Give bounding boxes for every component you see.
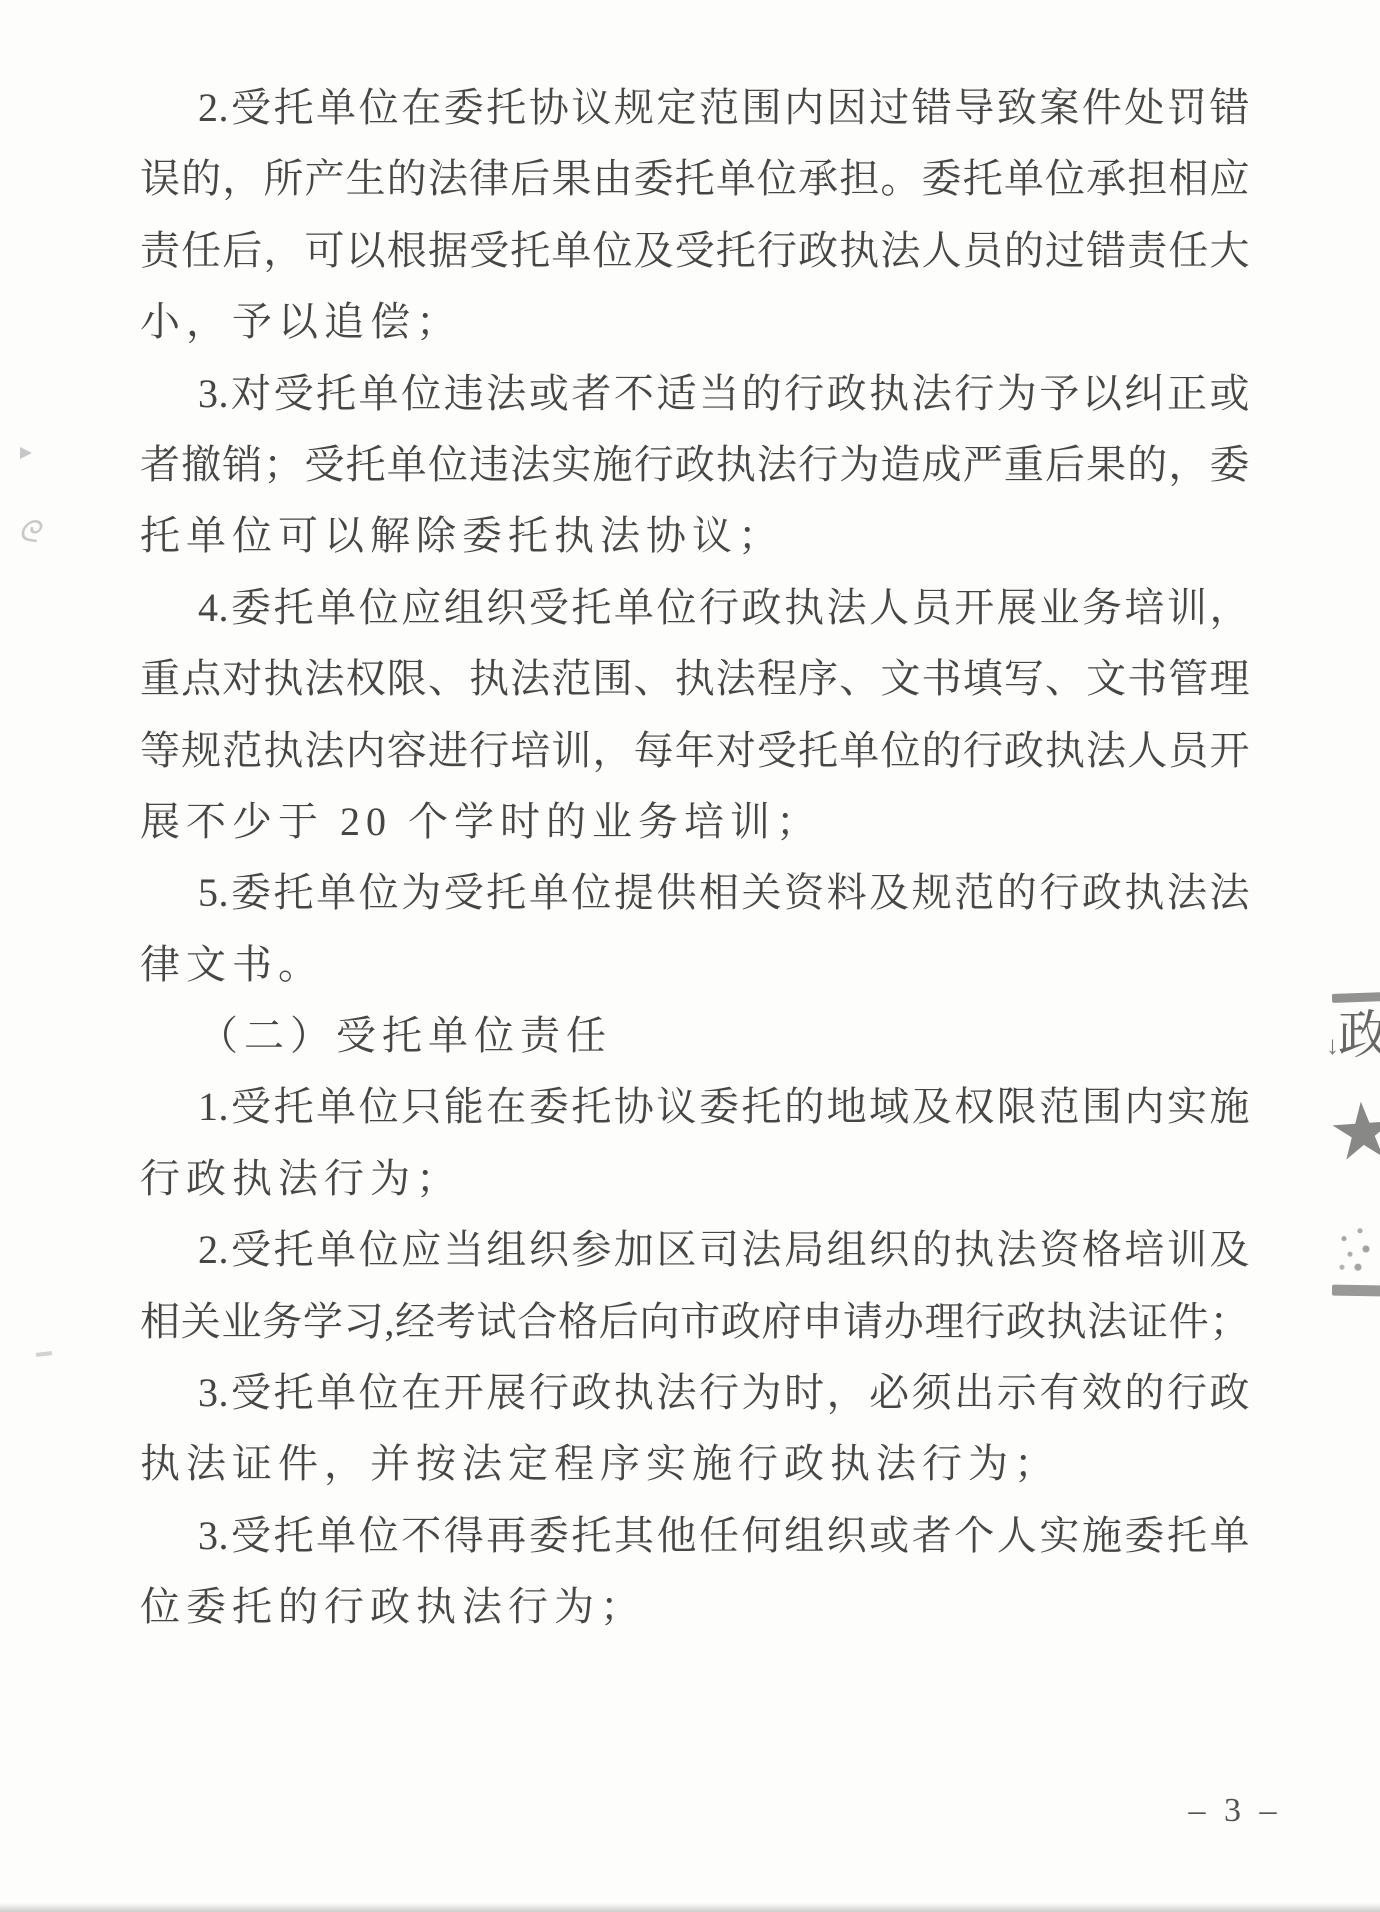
text-line: 3.受托单位不得再委托其他任何组织或者个人实施委托单 — [140, 1500, 1250, 1571]
text-line: 展不少于 20 个学时的业务培训； — [140, 786, 1250, 857]
section-heading: （二）受托单位责任 — [140, 1000, 1250, 1071]
text-line: 小，予以追偿； — [140, 286, 1250, 357]
scan-artifact-squiggle: ᘓ — [16, 514, 42, 551]
document-body: 2.受托单位在委托协议规定范围内因过错导致案件处罚错 误的，所产生的法律后果由委… — [140, 72, 1250, 1643]
text-line: 3.对受托单位违法或者不适当的行政执法行为予以纠正或 — [140, 358, 1250, 429]
text-line: 2.受托单位在委托协议规定范围内因过错导致案件处罚错 — [140, 72, 1250, 143]
text-line: 执法证件，并按法定程序实施行政执法行为； — [140, 1428, 1250, 1499]
stamp-fragment: ↓ 政 ★ — [1326, 985, 1380, 1305]
text-line: 3.受托单位在开展行政执法行为时，必须出示有效的行政 — [140, 1357, 1250, 1428]
text-line: 托单位可以解除委托执法协议； — [140, 500, 1250, 571]
text-line: 者撤销；受托单位违法实施行政执法行为造成严重后果的，委 — [140, 429, 1250, 500]
star-icon: ★ — [1326, 1091, 1380, 1174]
text-line: 误的，所产生的法律后果由委托单位承担。委托单位承担相应 — [140, 143, 1250, 214]
scan-artifact-dash — [36, 1351, 52, 1357]
stamp-ink-bar-top — [1332, 992, 1380, 1003]
stamp-speckle — [1336, 1223, 1376, 1275]
text-line: 重点对执法权限、执法范围、执法程序、文书填写、文书管理 — [140, 643, 1250, 714]
page-number: – 3 – — [1150, 1792, 1320, 1830]
text-line: 2.受托单位应当组织参加区司法局组织的执法资格培训及 — [140, 1214, 1250, 1285]
text-line: 等规范执法内容进行培训，每年对受托单位的行政执法人员开 — [140, 715, 1250, 786]
stamp-ink-bar-bottom — [1332, 1285, 1380, 1297]
text-line: 5.委托单位为受托单位提供相关资料及规范的行政执法法 — [140, 857, 1250, 928]
text-line: 位委托的行政执法行为； — [140, 1571, 1250, 1642]
stamp-mark: ↓ — [1326, 1031, 1339, 1061]
scan-artifact-flag — [20, 447, 32, 459]
scan-bottom-shadow — [0, 1903, 1380, 1912]
scanned-document-page: 2.受托单位在委托协议规定范围内因过错导致案件处罚错 误的，所产生的法律后果由委… — [0, 0, 1380, 1912]
text-line: 责任后，可以根据受托单位及受托行政执法人员的过错责任大 — [140, 215, 1250, 286]
stamp-character: 政 — [1338, 1011, 1380, 1063]
text-line: 行政执法行为； — [140, 1143, 1250, 1214]
text-line: 1.受托单位只能在委托协议委托的地域及权限范围内实施 — [140, 1071, 1250, 1142]
text-line: 相关业务学习,经考试合格后向市政府申请办理行政执法证件； — [140, 1286, 1250, 1357]
text-line: 律文书。 — [140, 929, 1250, 1000]
text-line: 4.委托单位应组织受托单位行政执法人员开展业务培训， — [140, 572, 1250, 643]
